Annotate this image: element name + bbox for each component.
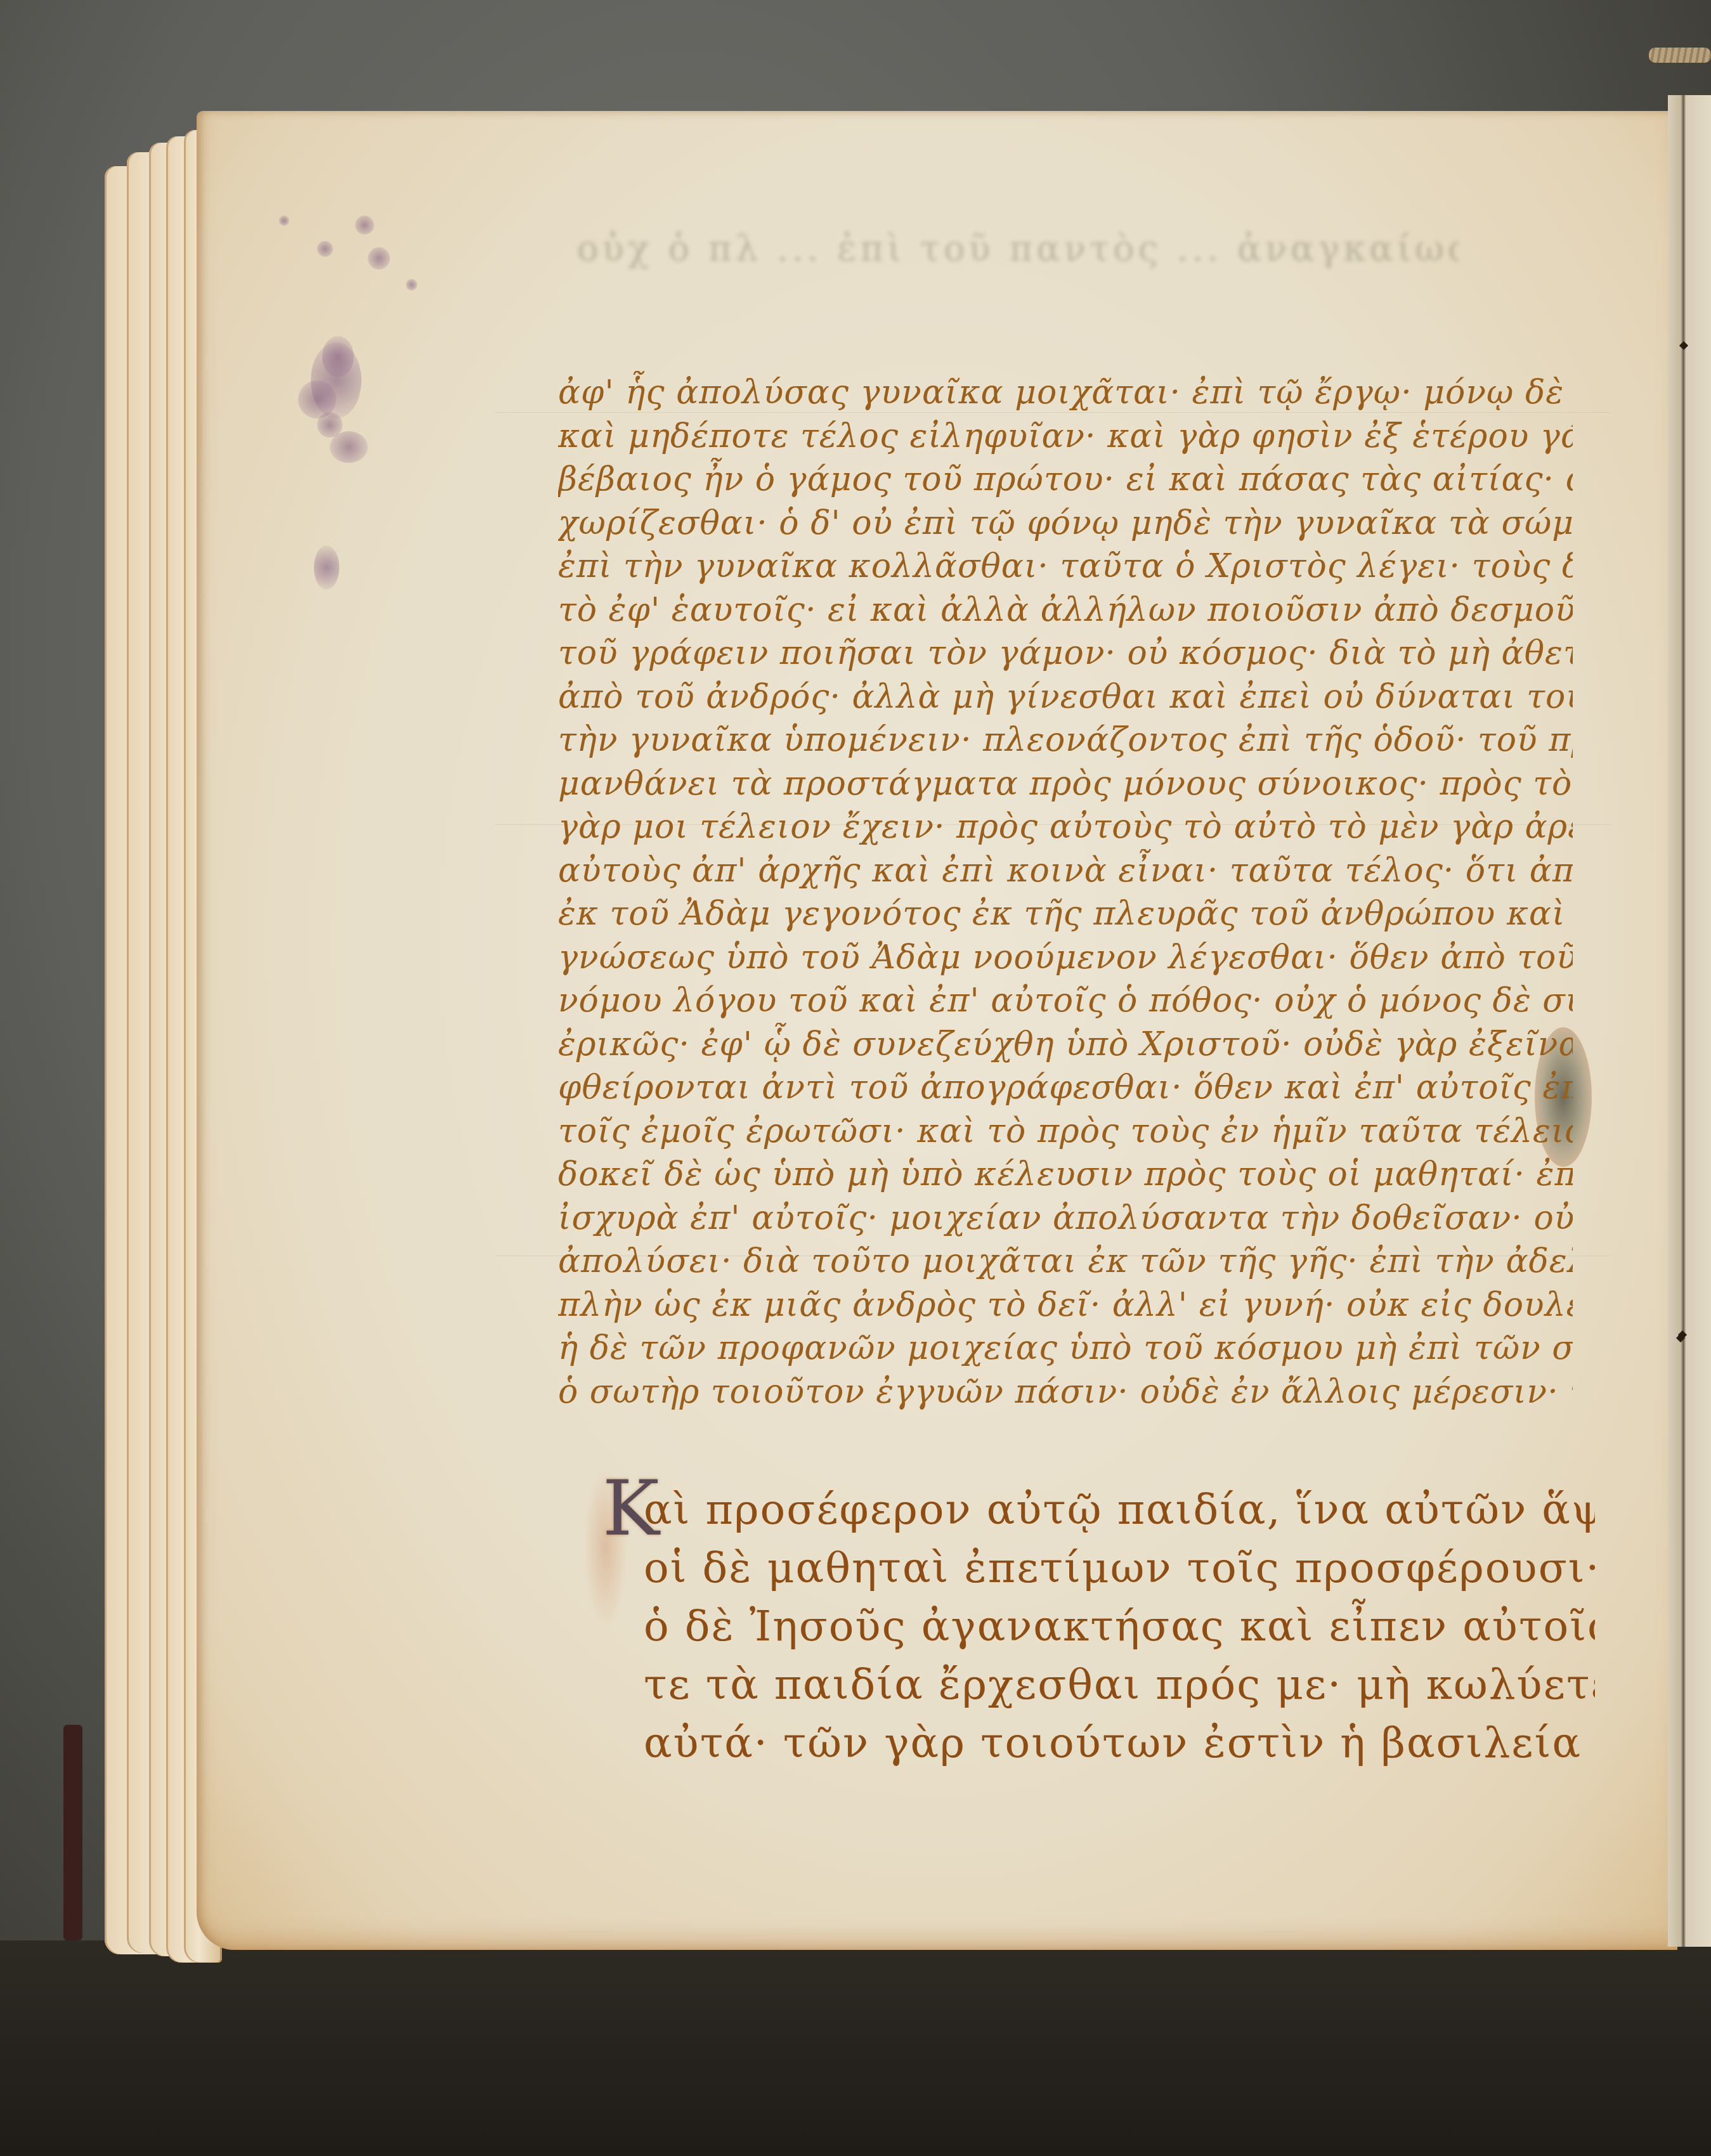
text-line: δοκεῖ δὲ ὡς ὑπὸ μὴ ὑπὸ κέλευσιν πρὸς τοὺ… <box>558 1153 1573 1197</box>
text-line: ἀφ' ἧς ἀπολύσας γυναῖκα μοιχᾶται· ἐπὶ τῷ… <box>558 371 1573 415</box>
text-line: βέβαιος ἦν ὁ γάμος τοῦ πρώτου· εἰ καὶ πά… <box>558 458 1573 502</box>
commentary-text: ἀφ' ἧς ἀπολύσας γυναῖκα μοιχᾶται· ἐπὶ τῷ… <box>558 371 1573 1413</box>
text-line: τὴν γυναῖκα ὑπομένειν· πλεονάζοντος ἐπὶ … <box>558 718 1573 762</box>
ink-stain <box>368 247 390 269</box>
text-line: τὸ ἐφ' ἑαυτοῖς· εἰ καὶ ἀλλὰ ἀλλήλων ποιο… <box>558 588 1573 632</box>
lemma-line: αὶ προσέφερον αὐτῷ παιδία, ἵνα αὐτῶν ἅψη… <box>644 1481 1595 1539</box>
text-line: καὶ μηδέποτε τέλος εἰληφυῖαν· καὶ γὰρ φη… <box>558 415 1573 458</box>
lemma-line: ὁ δὲ Ἰησοῦς ἀγανακτήσας καὶ εἶπεν αὐτοῖς… <box>644 1597 1595 1656</box>
lemma-line: τε τὰ παιδία ἔρχεσθαι πρός με· μὴ κωλύετ… <box>644 1656 1595 1714</box>
text-line: ἰσχυρὰ ἐπ' αὐτοῖς· μοιχείαν ἀπολύσαντα τ… <box>558 1197 1573 1240</box>
lemma-line: οἱ δὲ μαθηταὶ ἐπετίμων τοῖς προσφέρουσι· <box>644 1539 1595 1597</box>
text-line: πλὴν ὡς ἐκ μιᾶς ἀνδρὸς τὸ δεῖ· ἀλλ' εἰ γ… <box>558 1283 1573 1327</box>
binding-leather-strip <box>63 1725 82 1940</box>
ink-stain <box>279 216 289 226</box>
text-line: τοῦ γράφειν ποιῆσαι τὸν γάμον· οὐ κόσμος… <box>558 632 1573 675</box>
text-line: ἐκ τοῦ Ἀδὰμ γεγονότος ἐκ τῆς πλευρᾶς τοῦ… <box>558 892 1573 936</box>
text-line: ἐρικῶς· ἐφ' ᾧ δὲ συνεζεύχθη ὑπὸ Χριστοῦ·… <box>558 1023 1573 1067</box>
text-line: ἀπὸ τοῦ ἀνδρός· ἀλλὰ μὴ γίνεσθαι καὶ ἐπε… <box>558 675 1573 719</box>
text-line: γὰρ μοι τέλειον ἔχειν· πρὸς αὐτοὺς τὸ αὐ… <box>558 805 1573 849</box>
text-line: ὁ σωτὴρ τοιοῦτον ἐγγυῶν πάσιν· οὐδὲ ἐν ἄ… <box>558 1370 1573 1414</box>
text-line: ἡ δὲ τῶν προφανῶν μοιχείας ὑπὸ τοῦ κόσμο… <box>558 1327 1573 1370</box>
text-line: χωρίζεσθαι· ὁ δ' οὐ ἐπὶ τῷ φόνῳ μηδὲ τὴν… <box>558 502 1573 545</box>
text-line: ἐπὶ τὴν γυναῖκα κολλᾶσθαι· ταῦτα ὁ Χριστ… <box>558 545 1573 588</box>
background-table-shadow <box>0 1940 1711 2156</box>
ink-stain <box>406 279 417 290</box>
text-line: μανθάνει τὰ προστάγματα πρὸς μόνους σύνο… <box>558 762 1573 806</box>
ink-stain <box>330 431 368 463</box>
gutter-fold <box>1668 95 1711 1947</box>
lemma-line: αὐτά· τῶν γὰρ τοιούτων ἐστὶν ἡ βασιλεία … <box>644 1714 1595 1772</box>
decorated-initial: Κ <box>602 1474 641 1544</box>
show-through-text: οὐχ ὁ πλ ... ἐπὶ τοῦ παντὸς ... ἀναγκαίω… <box>577 228 1459 330</box>
lemma-text: αὶ προσέφερον αὐτῷ παιδία, ἵνα αὐτῶν ἅψη… <box>644 1481 1595 1772</box>
binding-thread <box>1649 48 1711 63</box>
ink-stain <box>314 545 339 590</box>
text-line: τοῖς ἐμοῖς ἐρωτῶσι· καὶ τὸ πρὸς τοὺς ἐν … <box>558 1110 1573 1153</box>
text-line: αὐτοὺς ἀπ' ἀρχῆς καὶ ἐπὶ κοινὰ εἶναι· τα… <box>558 849 1573 893</box>
text-line: νόμου λόγου τοῦ καὶ ἐπ' αὐτοῖς ὁ πόθος· … <box>558 979 1573 1023</box>
text-line: ἀπολύσει· διὰ τοῦτο μοιχᾶται ἐκ τῶν τῆς … <box>558 1240 1573 1283</box>
ink-stain <box>317 241 333 257</box>
text-line: φθείρονται ἀντὶ τοῦ ἀπογράφεσθαι· ὅθεν κ… <box>558 1066 1573 1110</box>
ink-stain <box>355 216 374 235</box>
text-line: γνώσεως ὑπὸ τοῦ Ἀδὰμ νοούμενον λέγεσθαι·… <box>558 936 1573 980</box>
